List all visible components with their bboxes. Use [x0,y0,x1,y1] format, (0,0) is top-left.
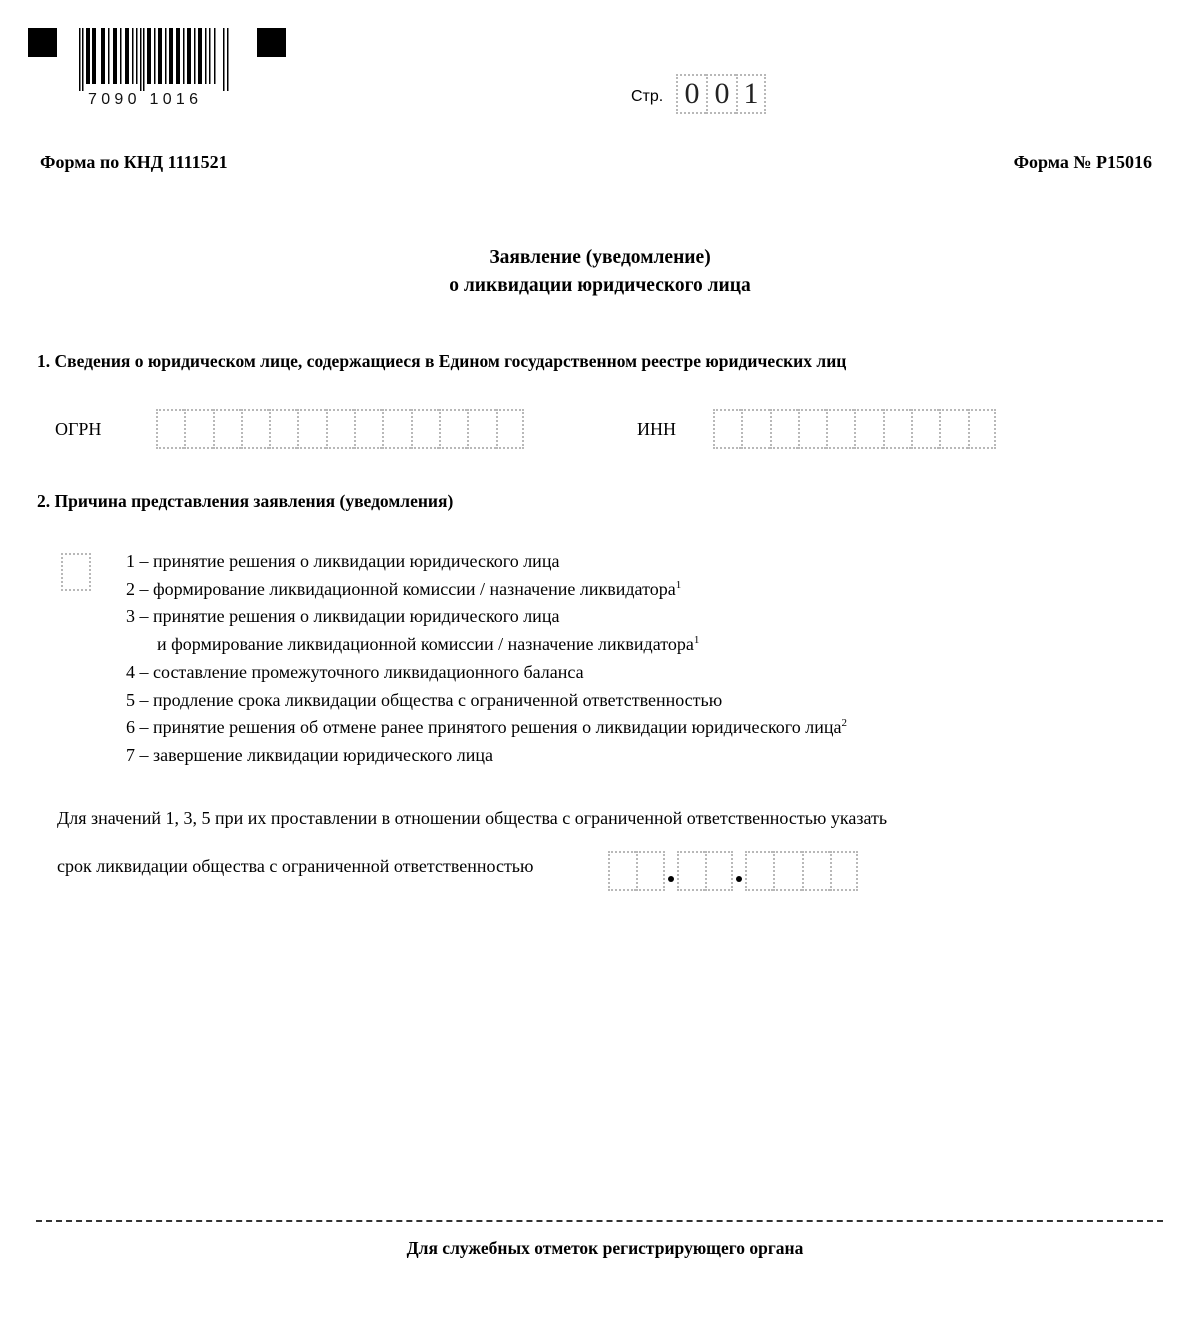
section-2-heading: 2. Причина представления заявления (увед… [37,491,453,512]
ogrn-digit-cell[interactable] [156,409,184,449]
date-month-cell[interactable] [677,851,705,891]
ogrn-digit-cell[interactable] [184,409,212,449]
cut-line-divider [36,1220,1163,1222]
ogrn-label: ОГРН [55,419,101,440]
reason-code-field[interactable] [61,553,91,591]
reason-option-text: 2 – формирование ликвидационной комиссии… [126,579,676,599]
ogrn-digit-cell[interactable] [467,409,495,449]
form-number: Форма № Р15016 [1014,152,1152,173]
footnote-marker: 1 [676,579,682,591]
page-label: Стр. [631,88,663,106]
ogrn-field[interactable] [156,409,524,449]
inn-digit-cell[interactable] [911,409,939,449]
date-year-cells[interactable] [745,851,858,891]
inn-digit-cell[interactable] [968,409,996,449]
page-digit-cell[interactable]: 0 [676,74,706,114]
ogrn-digit-cell[interactable] [269,409,297,449]
inn-digit-cell[interactable] [939,409,967,449]
inn-digit-cell[interactable] [770,409,798,449]
date-day-cell[interactable] [608,851,636,891]
reason-option: 4 – составление промежуточного ликвидаци… [126,659,847,687]
ogrn-digit-cell[interactable] [439,409,467,449]
reason-option: 5 – продление срока ликвидации общества … [126,687,847,715]
footnote-marker: 1 [694,634,700,646]
ogrn-digit-cell[interactable] [496,409,524,449]
page-digit-cell[interactable]: 0 [706,74,736,114]
date-year-cell[interactable] [773,851,801,891]
form-knd-code: Форма по КНД 1111521 [40,152,228,173]
reason-option-text: 1 – принятие решения о ликвидации юридич… [126,551,559,571]
date-month-cells[interactable] [677,851,734,891]
date-separator-dot [668,876,674,882]
date-year-cell[interactable] [830,851,858,891]
title-line-1: Заявление (уведомление) [0,244,1200,272]
alignment-marker-right [257,28,286,57]
date-day-cell[interactable] [636,851,664,891]
ogrn-digit-cell[interactable] [411,409,439,449]
inn-field[interactable] [713,409,996,449]
inn-digit-cell[interactable] [741,409,769,449]
reason-option-text: и формирование ликвидационной комиссии /… [157,634,694,654]
reason-list: 1 – принятие решения о ликвидации юридич… [126,548,847,770]
page-number-field[interactable]: 0 0 1 [676,74,766,114]
ogrn-digit-cell[interactable] [326,409,354,449]
ogrn-digit-cell[interactable] [354,409,382,449]
footnote-marker: 2 [841,717,847,729]
reason-option: 7 – завершение ликвидации юридического л… [126,742,847,770]
liquidation-date-field[interactable] [608,851,858,891]
date-year-cell[interactable] [745,851,773,891]
inn-digit-cell[interactable] [713,409,741,449]
inn-label: ИНН [637,419,676,440]
reason-option-text: 5 – продление срока ликвидации общества … [126,690,722,710]
registrar-notes-heading: Для служебных отметок регистрирующего ор… [0,1238,1200,1259]
date-separator-dot [736,876,742,882]
barcode-number: 7090 1016 [88,91,202,109]
reason-option: 1 – принятие решения о ликвидации юридич… [126,548,847,576]
alignment-marker-left [28,28,57,57]
document-title: Заявление (уведомление) о ликвидации юри… [0,244,1200,300]
ogrn-digit-cell[interactable] [297,409,325,449]
inn-digit-cell[interactable] [798,409,826,449]
reason-option-text: 4 – составление промежуточного ликвидаци… [126,662,584,682]
reason-option: 3 – принятие решения о ликвидации юридич… [126,603,847,631]
inn-digit-cell[interactable] [826,409,854,449]
date-year-cell[interactable] [802,851,830,891]
section-1-heading: 1. Сведения о юридическом лице, содержащ… [37,351,846,372]
barcode-icon [79,28,235,91]
liquidation-term-label: срок ликвидации общества с ограниченной … [57,856,533,877]
ogrn-digit-cell[interactable] [241,409,269,449]
reason-option: 6 – принятие решения об отмене ранее при… [126,714,847,742]
page-digit-cell[interactable]: 1 [736,74,766,114]
date-month-cell[interactable] [705,851,733,891]
reason-code-cell[interactable] [61,553,91,591]
reason-option-text: 3 – принятие решения о ликвидации юридич… [126,606,559,626]
ogrn-digit-cell[interactable] [213,409,241,449]
inn-digit-cell[interactable] [854,409,882,449]
title-line-2: о ликвидации юридического лица [0,272,1200,300]
inn-digit-cell[interactable] [883,409,911,449]
reason-option-text: 7 – завершение ликвидации юридического л… [126,745,493,765]
ogrn-digit-cell[interactable] [382,409,410,449]
date-day-cells[interactable] [608,851,665,891]
reason-option-text: 6 – принятие решения об отмене ранее при… [126,717,841,737]
liquidation-term-note: Для значений 1, 3, 5 при их проставлении… [57,808,887,829]
reason-option: 2 – формирование ликвидационной комиссии… [126,576,847,604]
reason-option: и формирование ликвидационной комиссии /… [126,631,847,659]
